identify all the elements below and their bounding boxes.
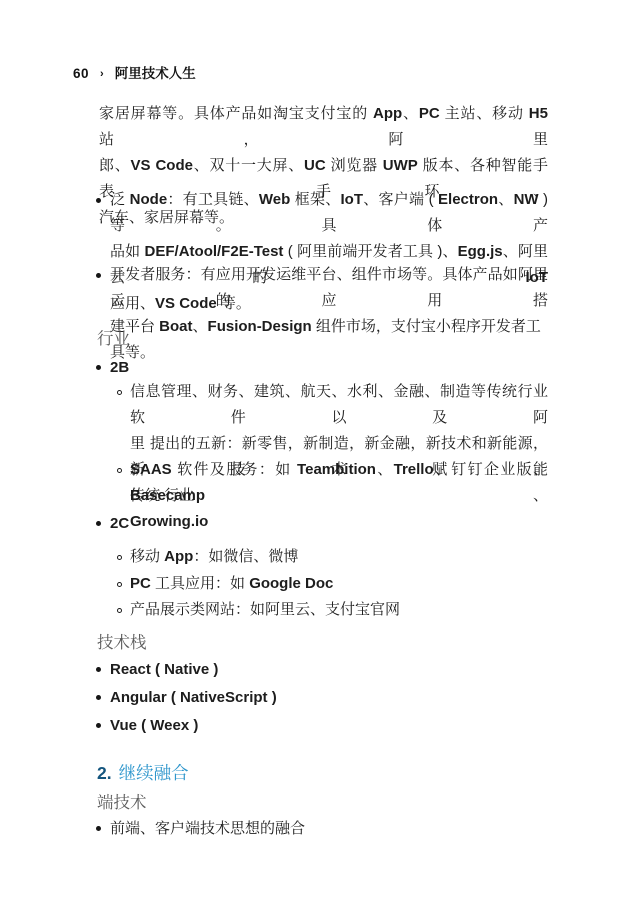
sub-bullet-showcase-site: 产品展示类网站：如阿里云、支付宝官网 [130, 600, 400, 620]
page-number: 60 [73, 66, 89, 81]
text-line: 信息管理、财务、建筑、航天、水利、金融、制造等传统行业软件以及阿 [130, 379, 548, 431]
bold-text-segment: Angular ( NativeScript ) [110, 689, 277, 706]
bold-text-segment: App [164, 548, 193, 565]
text-segment: ：如微信、微博 [193, 548, 298, 565]
text-segment: 、 [376, 461, 394, 478]
bullet-item-vue: Vue ( Weex ) [110, 716, 198, 736]
text-segment: 信息管理、财务、建筑、航天、水利、金融、制造等传统行业软件以及阿 [130, 383, 548, 426]
bold-text-segment: UWP [383, 157, 418, 174]
section-heading-tech-stack: 技术栈 [97, 633, 147, 653]
text-line: 2B [110, 358, 129, 378]
bold-text-segment: VS Code [131, 157, 193, 174]
book-page: 60›阿里技术人生 家居屏幕等。具体产品如淘宝支付宝的 App、PC 主站、移动… [0, 0, 642, 907]
bold-text-segment: SAAS [130, 461, 172, 478]
section-heading-continue-fusion: 2.继续融合 [97, 762, 189, 784]
bold-text-segment: Vue ( Weex ) [110, 717, 198, 734]
bold-text-segment: UC [304, 157, 326, 174]
text-line: Vue ( Weex ) [110, 716, 198, 736]
text-segment: 框架、 [290, 191, 340, 208]
bullet-dot-icon [96, 521, 101, 526]
text-segment: 、客户端 ( [363, 191, 438, 208]
bullet-item-2b: 2B [110, 358, 129, 378]
bullet-dot-icon [96, 723, 101, 728]
section-heading-industry: 行业 [97, 329, 130, 349]
bold-text-segment: PC [419, 105, 440, 122]
bullet-dot-icon [96, 198, 101, 203]
text-segment: 前端、客户端技术思想的融合 [110, 820, 305, 837]
text-segment: 软件及服务：如 [172, 461, 297, 478]
text-segment: 移动 [130, 548, 164, 565]
text-segment: 开发者服务：有应用开发运维平台、组件市场等。具体产品如阿里云的应用搭 [110, 266, 548, 309]
bullet-dot-icon [96, 273, 101, 278]
section-heading-client-tech: 端技术 [97, 793, 147, 813]
text-segment: 、钉钉企业版、 [434, 461, 548, 478]
bold-text-segment: Egg.js [458, 243, 503, 260]
bullet-circle-icon [117, 555, 122, 560]
sub-bullet-mobile-app: 移动 App：如微信、微博 [130, 547, 298, 567]
bold-text-segment: Teambition [297, 461, 376, 478]
bullet-item-react: React ( Native ) [110, 660, 218, 680]
sub-bullet-pc-tool: PC 工具应用：如 Google Doc [130, 574, 333, 594]
bullet-circle-icon [117, 582, 122, 587]
book-title: 阿里技术人生 [115, 66, 196, 81]
bullet-dot-icon [96, 365, 101, 370]
bullet-item-fusion: 前端、客户端技术思想的融合 [110, 819, 305, 839]
bold-text-segment: NW [514, 191, 539, 208]
text-segment: 、双十一大屏、 [193, 157, 304, 174]
bold-text-segment: Growing.io [130, 513, 208, 530]
bold-text-segment: Electron [438, 191, 498, 208]
text-line: 开发者服务：有应用开发运维平台、组件市场等。具体产品如阿里云的应用搭 [110, 262, 548, 314]
bold-text-segment: React ( Native ) [110, 661, 218, 678]
bold-text-segment: Web [259, 191, 290, 208]
text-line: React ( Native ) [110, 660, 218, 680]
text-segment: 家居屏幕等。具体产品如淘宝支付宝的 [99, 105, 373, 122]
text-segment: 、 [193, 318, 208, 335]
bold-text-segment: Basecamp [130, 487, 205, 504]
text-segment: 、 [402, 105, 419, 122]
text-segment: ：有工具链、 [167, 191, 259, 208]
text-line: 家居屏幕等。具体产品如淘宝支付宝的 App、PC 主站、移动 H5 站，阿里 [99, 101, 548, 153]
text-segment: 主站、移动 [440, 105, 529, 122]
bullet-item-2c: 2C [110, 514, 129, 534]
bold-text-segment: Node [130, 191, 168, 208]
bullet-dot-icon [96, 667, 101, 672]
bold-text-segment: PC [130, 575, 151, 592]
text-segment: 站，阿里 [99, 131, 548, 148]
bold-text-segment: Fusion-Design [208, 318, 312, 335]
text-line: 移动 App：如微信、微博 [130, 547, 298, 567]
bold-text-segment: H5 [529, 105, 548, 122]
heading-text: 继续融合 [119, 763, 189, 783]
bullet-circle-icon [117, 468, 122, 473]
text-segment: 泛 [110, 191, 130, 208]
bold-text-segment: App [373, 105, 402, 122]
heading-number: 2. [97, 763, 112, 783]
bullet-dot-icon [96, 826, 101, 831]
text-segment: 、 [498, 191, 514, 208]
text-line: 建平台 Boat、Fusion-Design 组件市场，支付宝小程序开发者工具等… [110, 314, 548, 366]
bullet-item-developer-service: 开发者服务：有应用开发运维平台、组件市场等。具体产品如阿里云的应用搭 建平台 B… [110, 262, 548, 366]
text-segment: ( 阿里前端开发者工具 )、 [283, 243, 457, 260]
bold-text-segment: Trello [394, 461, 434, 478]
sub-bullet-saas: SAAS 软件及服务：如 Teambition、Trello、钉钉企业版、Bas… [130, 457, 548, 535]
bullet-item-angular: Angular ( NativeScript ) [110, 688, 277, 708]
bold-text-segment: Google Doc [249, 575, 333, 592]
bold-text-segment: DEF/Atool/F2E-Test [145, 243, 284, 260]
page-header: 60›阿里技术人生 [73, 62, 196, 82]
text-segment: 产品展示类网站：如阿里云、支付宝官网 [130, 601, 400, 618]
bold-text-segment: 2B [110, 359, 129, 376]
text-segment: 、 [205, 487, 548, 504]
text-line: PC 工具应用：如 Google Doc [130, 574, 333, 594]
bold-text-segment: 2C [110, 515, 129, 532]
chevron-right-icon: › [100, 68, 104, 80]
bullet-dot-icon [96, 695, 101, 700]
text-line: 产品展示类网站：如阿里云、支付宝官网 [130, 600, 400, 620]
bullet-circle-icon [117, 608, 122, 613]
text-segment: 郎、 [99, 157, 131, 174]
bold-text-segment: Boat [159, 318, 192, 335]
text-line: 前端、客户端技术思想的融合 [110, 819, 305, 839]
bold-text-segment: IoT [340, 191, 363, 208]
text-line: 2C [110, 514, 129, 534]
text-segment: 工具应用：如 [151, 575, 249, 592]
text-line: SAAS 软件及服务：如 Teambition、Trello、钉钉企业版、Bas… [130, 457, 548, 509]
text-line: Angular ( NativeScript ) [110, 688, 277, 708]
text-line: Growing.io [130, 509, 548, 535]
text-line: 泛 Node：有工具链、Web 框架、IoT、客户端 ( Electron、NW… [110, 187, 548, 239]
text-segment: 品如 [110, 243, 145, 260]
bullet-circle-icon [117, 390, 122, 395]
text-segment: 浏览器 [326, 157, 383, 174]
